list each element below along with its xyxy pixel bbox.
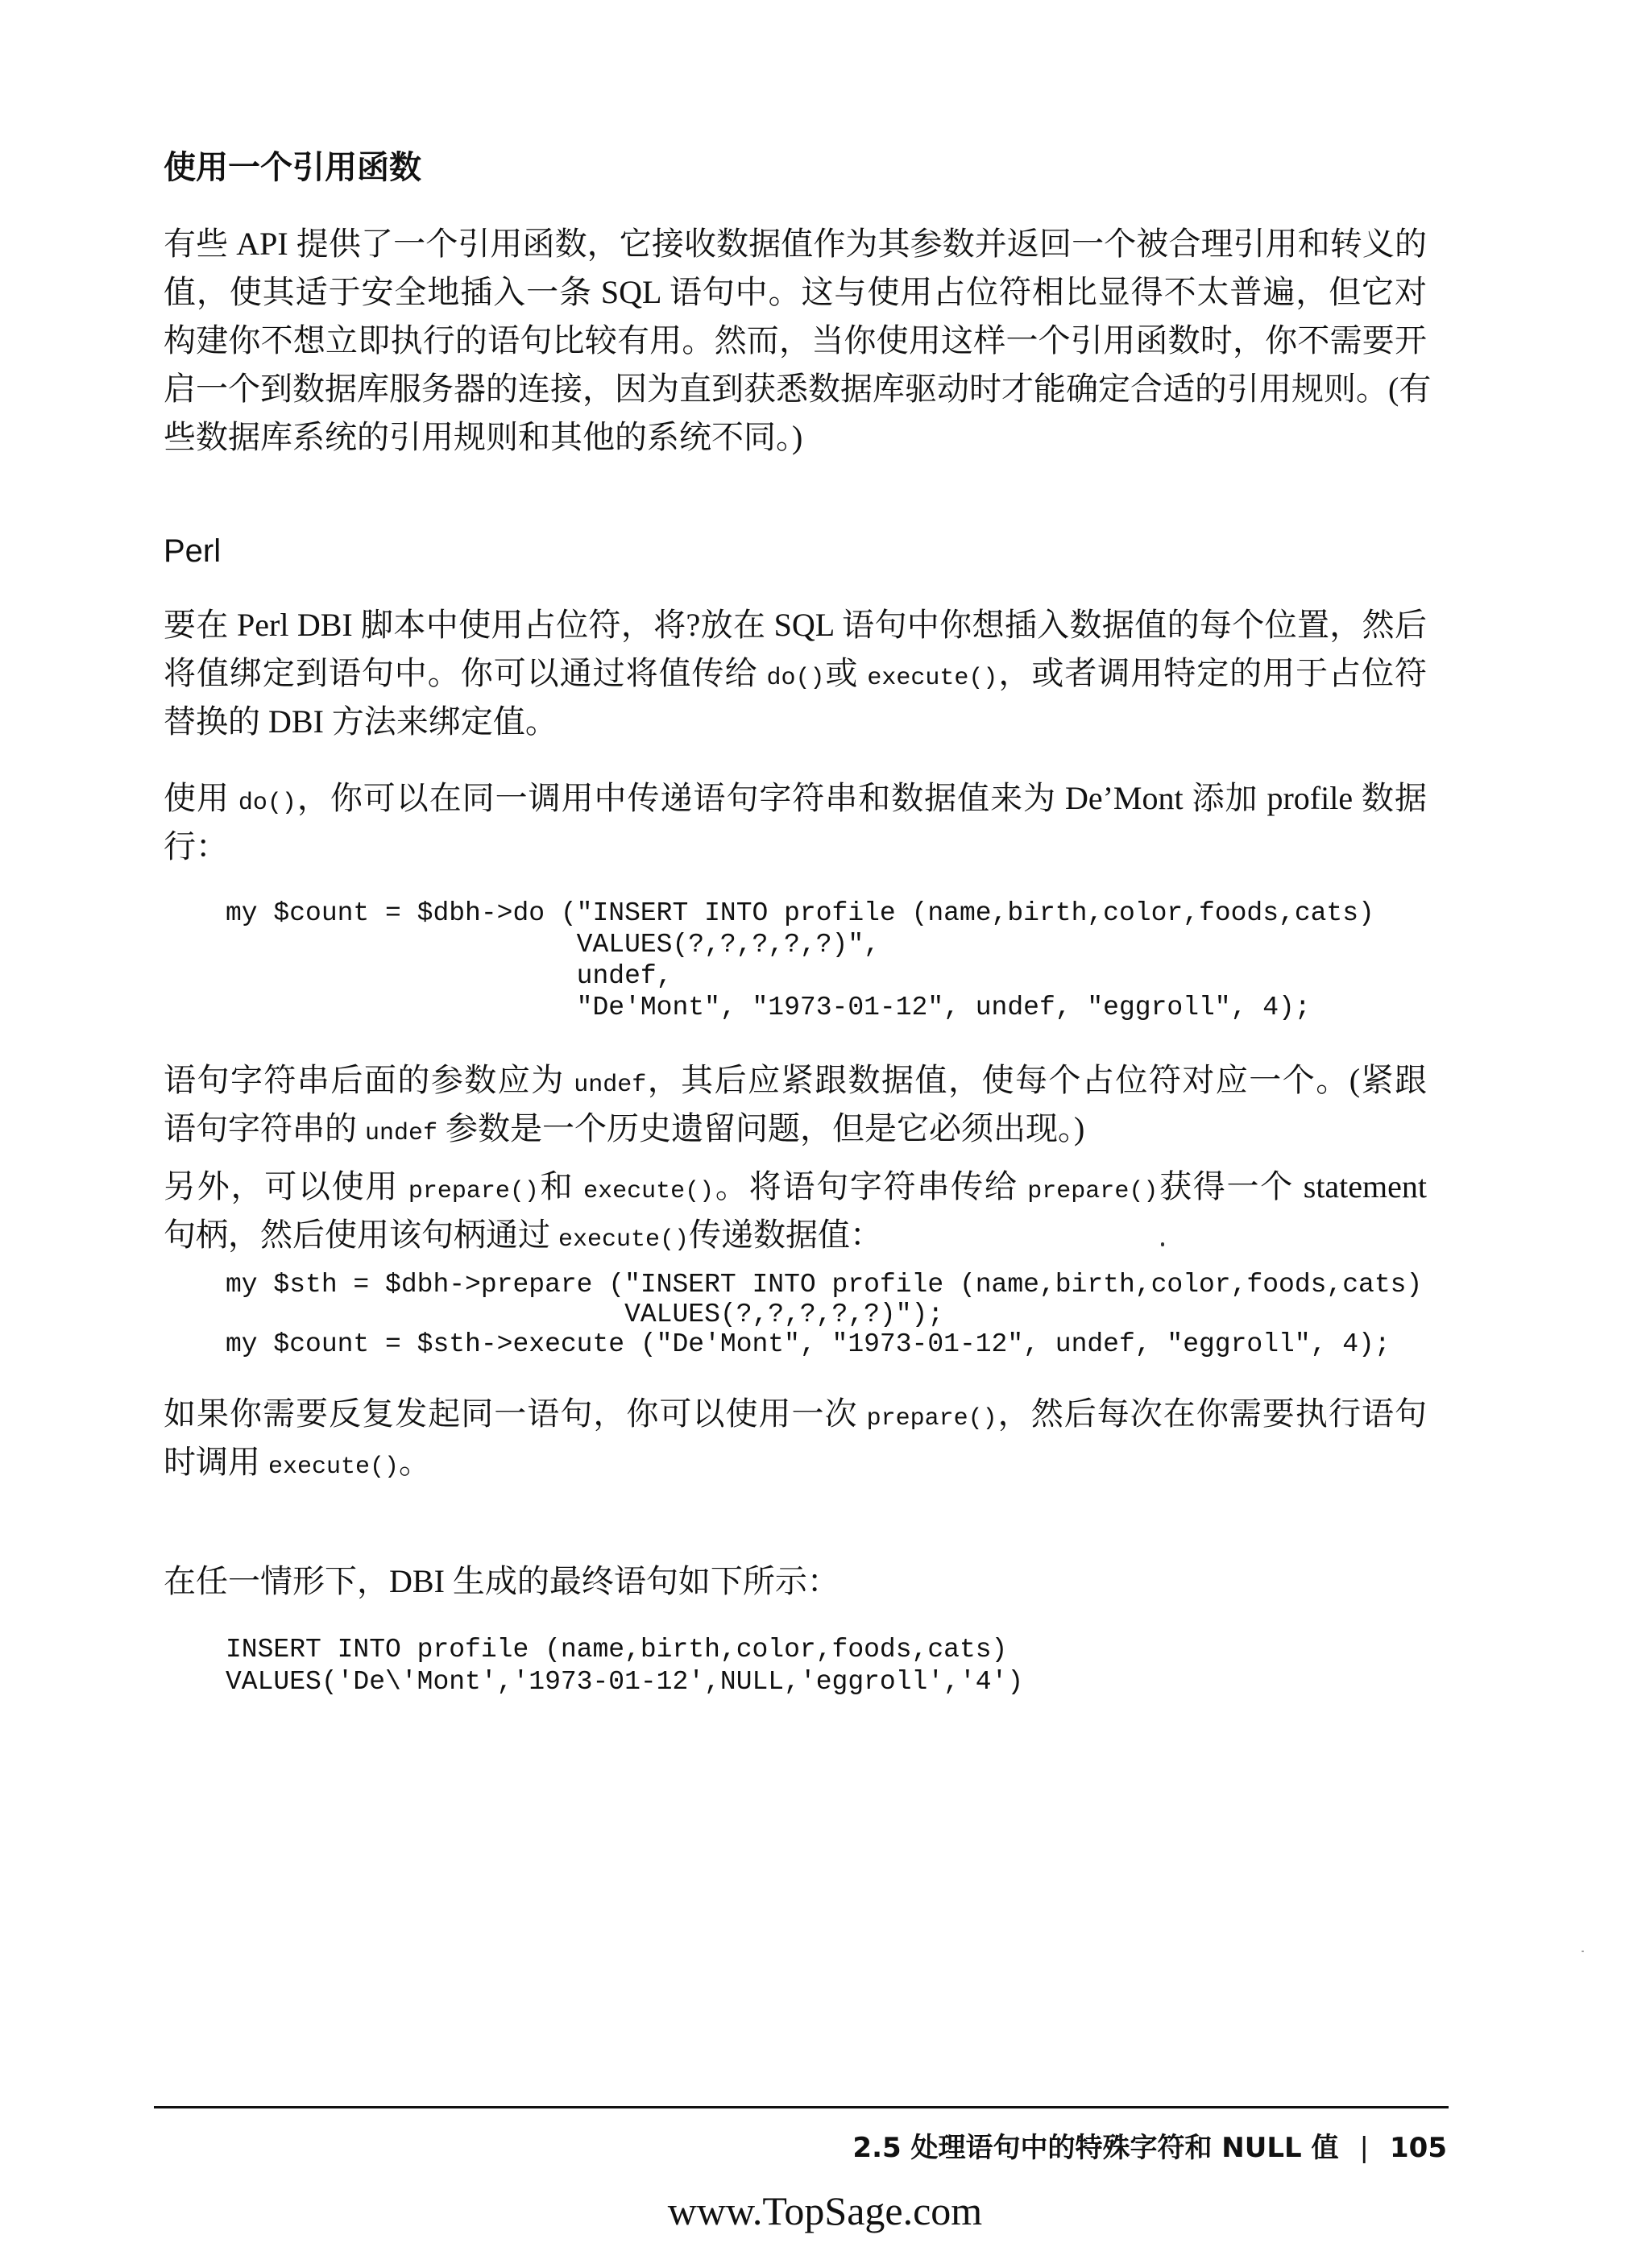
- code-block-prepare: my $sth = $dbh->prepare ("INSERT INTO pr…: [226, 1270, 1422, 1359]
- text-run: 使用: [164, 780, 238, 816]
- inline-code: execute(): [558, 1226, 689, 1254]
- text-run: 如果你需要反复发起同一语句，你可以使用一次: [164, 1395, 867, 1432]
- text-run: 句柄，然后使用该句柄通过: [164, 1217, 558, 1253]
- scan-speck: [1582, 1951, 1584, 1952]
- text-line: 使用 do()，你可以在同一调用中传递语句字符串和数据值来为 De’Mont 添…: [164, 774, 1427, 823]
- watermark-url: www.TopSage.com: [0, 2185, 1650, 2237]
- running-footer: 2.5 处理语句中的特殊字符和 NULL 值|105: [852, 2125, 1447, 2171]
- code-line: my $count = $dbh->do ("INSERT INTO profi…: [226, 898, 1374, 929]
- text-run: 语句字符串的: [164, 1110, 365, 1146]
- page-number: 105: [1390, 2132, 1447, 2164]
- text-run: 将值绑定到语句中。你可以通过将值传给: [164, 655, 766, 691]
- paragraph-undef-note: 语句字符串后面的参数应为 undef，其后应紧跟数据值，使每个占位符对应一个。(…: [164, 1056, 1427, 1153]
- inline-code: do(): [766, 665, 824, 692]
- text-line: 构建你不想立即执行的语句比较有用。然而，当你使用这样一个引用函数时，你不需要开: [164, 317, 1427, 365]
- text-run: 和: [539, 1168, 583, 1204]
- scan-speck: [1161, 1242, 1164, 1246]
- inline-code: do(): [238, 790, 296, 817]
- code-line: my $sth = $dbh->prepare ("INSERT INTO pr…: [226, 1270, 1422, 1300]
- footer-section-title: 2.5 处理语句中的特殊字符和 NULL 值: [852, 2132, 1338, 2164]
- code-line: "De'Mont", "1973-01-12", undef, "eggroll…: [226, 992, 1374, 1023]
- text-run: 另外，可以使用: [164, 1168, 408, 1204]
- inline-code: execute(): [583, 1178, 714, 1205]
- text-run: ，或者调用特定的用于占位符: [997, 655, 1427, 691]
- text-line: 有些 API 提供了一个引用函数，它接收数据值作为其参数并返回一个被合理引用和转…: [164, 220, 1427, 268]
- inline-code: prepare(): [408, 1178, 539, 1205]
- text-run: 。将语句字符串传给: [714, 1168, 1027, 1204]
- footer-separator: |: [1360, 2125, 1369, 2171]
- text-line: 时调用 execute()。: [164, 1438, 1427, 1486]
- text-line: 如果你需要反复发起同一语句，你可以使用一次 prepare()，然后每次在你需要…: [164, 1390, 1427, 1438]
- code-block-final-sql: INSERT INTO profile (name,birth,color,fo…: [226, 1634, 1023, 1698]
- text-run: ，然后每次在你需要执行语句: [997, 1395, 1427, 1432]
- code-line: undef,: [226, 960, 1374, 992]
- text-run: ，你可以在同一调用中传递语句字符串和数据值来为 De’Mont 添加 profi…: [296, 780, 1427, 816]
- text-line: 些数据库系统的引用规则和其他的系统不同。): [164, 413, 1427, 462]
- paragraph-prepare-execute: 另外，可以使用 prepare()和 execute()。将语句字符串传给 pr…: [164, 1163, 1427, 1259]
- code-line: VALUES('De\'Mont','1973-01-12',NULL,'egg…: [226, 1666, 1023, 1698]
- text-run: ，其后应紧跟数据值，使每个占位符对应一个。(紧跟: [646, 1062, 1427, 1098]
- text-run: 或: [824, 655, 867, 691]
- paragraph-quote-function: 有些 API 提供了一个引用函数，它接收数据值作为其参数并返回一个被合理引用和转…: [164, 220, 1427, 462]
- text-run: 参数是一个历史遗留问题，但是它必须出现。): [437, 1110, 1084, 1146]
- text-run: 传递数据值：: [689, 1217, 882, 1253]
- inline-code: undef: [574, 1072, 646, 1099]
- code-line: my $count = $sth->execute ("De'Mont", "1…: [226, 1329, 1422, 1359]
- text-line: 另外，可以使用 prepare()和 execute()。将语句字符串传给 pr…: [164, 1163, 1427, 1211]
- text-line: 语句字符串后面的参数应为 undef，其后应紧跟数据值，使每个占位符对应一个。(…: [164, 1056, 1427, 1105]
- code-block-do: my $count = $dbh->do ("INSERT INTO profi…: [226, 898, 1374, 1023]
- perl-heading: Perl: [164, 530, 221, 572]
- text-run: 获得一个 statement: [1158, 1168, 1427, 1204]
- inline-code: execute(): [268, 1453, 399, 1481]
- code-line: VALUES(?,?,?,?,?)",: [226, 929, 1374, 960]
- text-line: 在任一情形下，DBI 生成的最终语句如下所示：: [164, 1557, 1427, 1606]
- text-line: 行：: [164, 823, 1427, 871]
- text-line: 语句字符串的 undef 参数是一个历史遗留问题，但是它必须出现。): [164, 1105, 1427, 1153]
- code-line: INSERT INTO profile (name,birth,color,fo…: [226, 1634, 1023, 1666]
- inline-code: prepare(): [1027, 1178, 1158, 1205]
- paragraph-reuse-prepare: 如果你需要反复发起同一语句，你可以使用一次 prepare()，然后每次在你需要…: [164, 1390, 1427, 1486]
- section-heading: 使用一个引用函数: [164, 145, 421, 190]
- text-run: 。: [399, 1444, 431, 1480]
- text-run: 时调用: [164, 1444, 268, 1480]
- text-line: 启一个到数据库服务器的连接，因为直到获悉数据库驱动时才能确定合适的引用规则。(有: [164, 365, 1427, 413]
- inline-code: prepare(): [867, 1405, 997, 1433]
- text-line: 替换的 DBI 方法来绑定值。: [164, 698, 1427, 746]
- footer-rule: [154, 2106, 1449, 2108]
- text-line: 要在 Perl DBI 脚本中使用占位符，将?放在 SQL 语句中你想插入数据值…: [164, 601, 1427, 649]
- paragraph-final-statement: 在任一情形下，DBI 生成的最终语句如下所示：: [164, 1557, 1427, 1606]
- inline-code: undef: [365, 1120, 437, 1147]
- text-run: 语句字符串后面的参数应为: [164, 1062, 574, 1098]
- paragraph-perl-placeholders: 要在 Perl DBI 脚本中使用占位符，将?放在 SQL 语句中你想插入数据值…: [164, 601, 1427, 746]
- text-line: 值，使其适于安全地插入一条 SQL 语句中。这与使用占位符相比显得不太普遍，但它…: [164, 268, 1427, 317]
- code-line: VALUES(?,?,?,?,?)");: [226, 1300, 1422, 1329]
- paragraph-do-method: 使用 do()，你可以在同一调用中传递语句字符串和数据值来为 De’Mont 添…: [164, 774, 1427, 871]
- text-line: 将值绑定到语句中。你可以通过将值传给 do()或 execute()，或者调用特…: [164, 649, 1427, 698]
- inline-code: execute(): [867, 665, 997, 692]
- text-line: 句柄，然后使用该句柄通过 execute()传递数据值：: [164, 1211, 1427, 1259]
